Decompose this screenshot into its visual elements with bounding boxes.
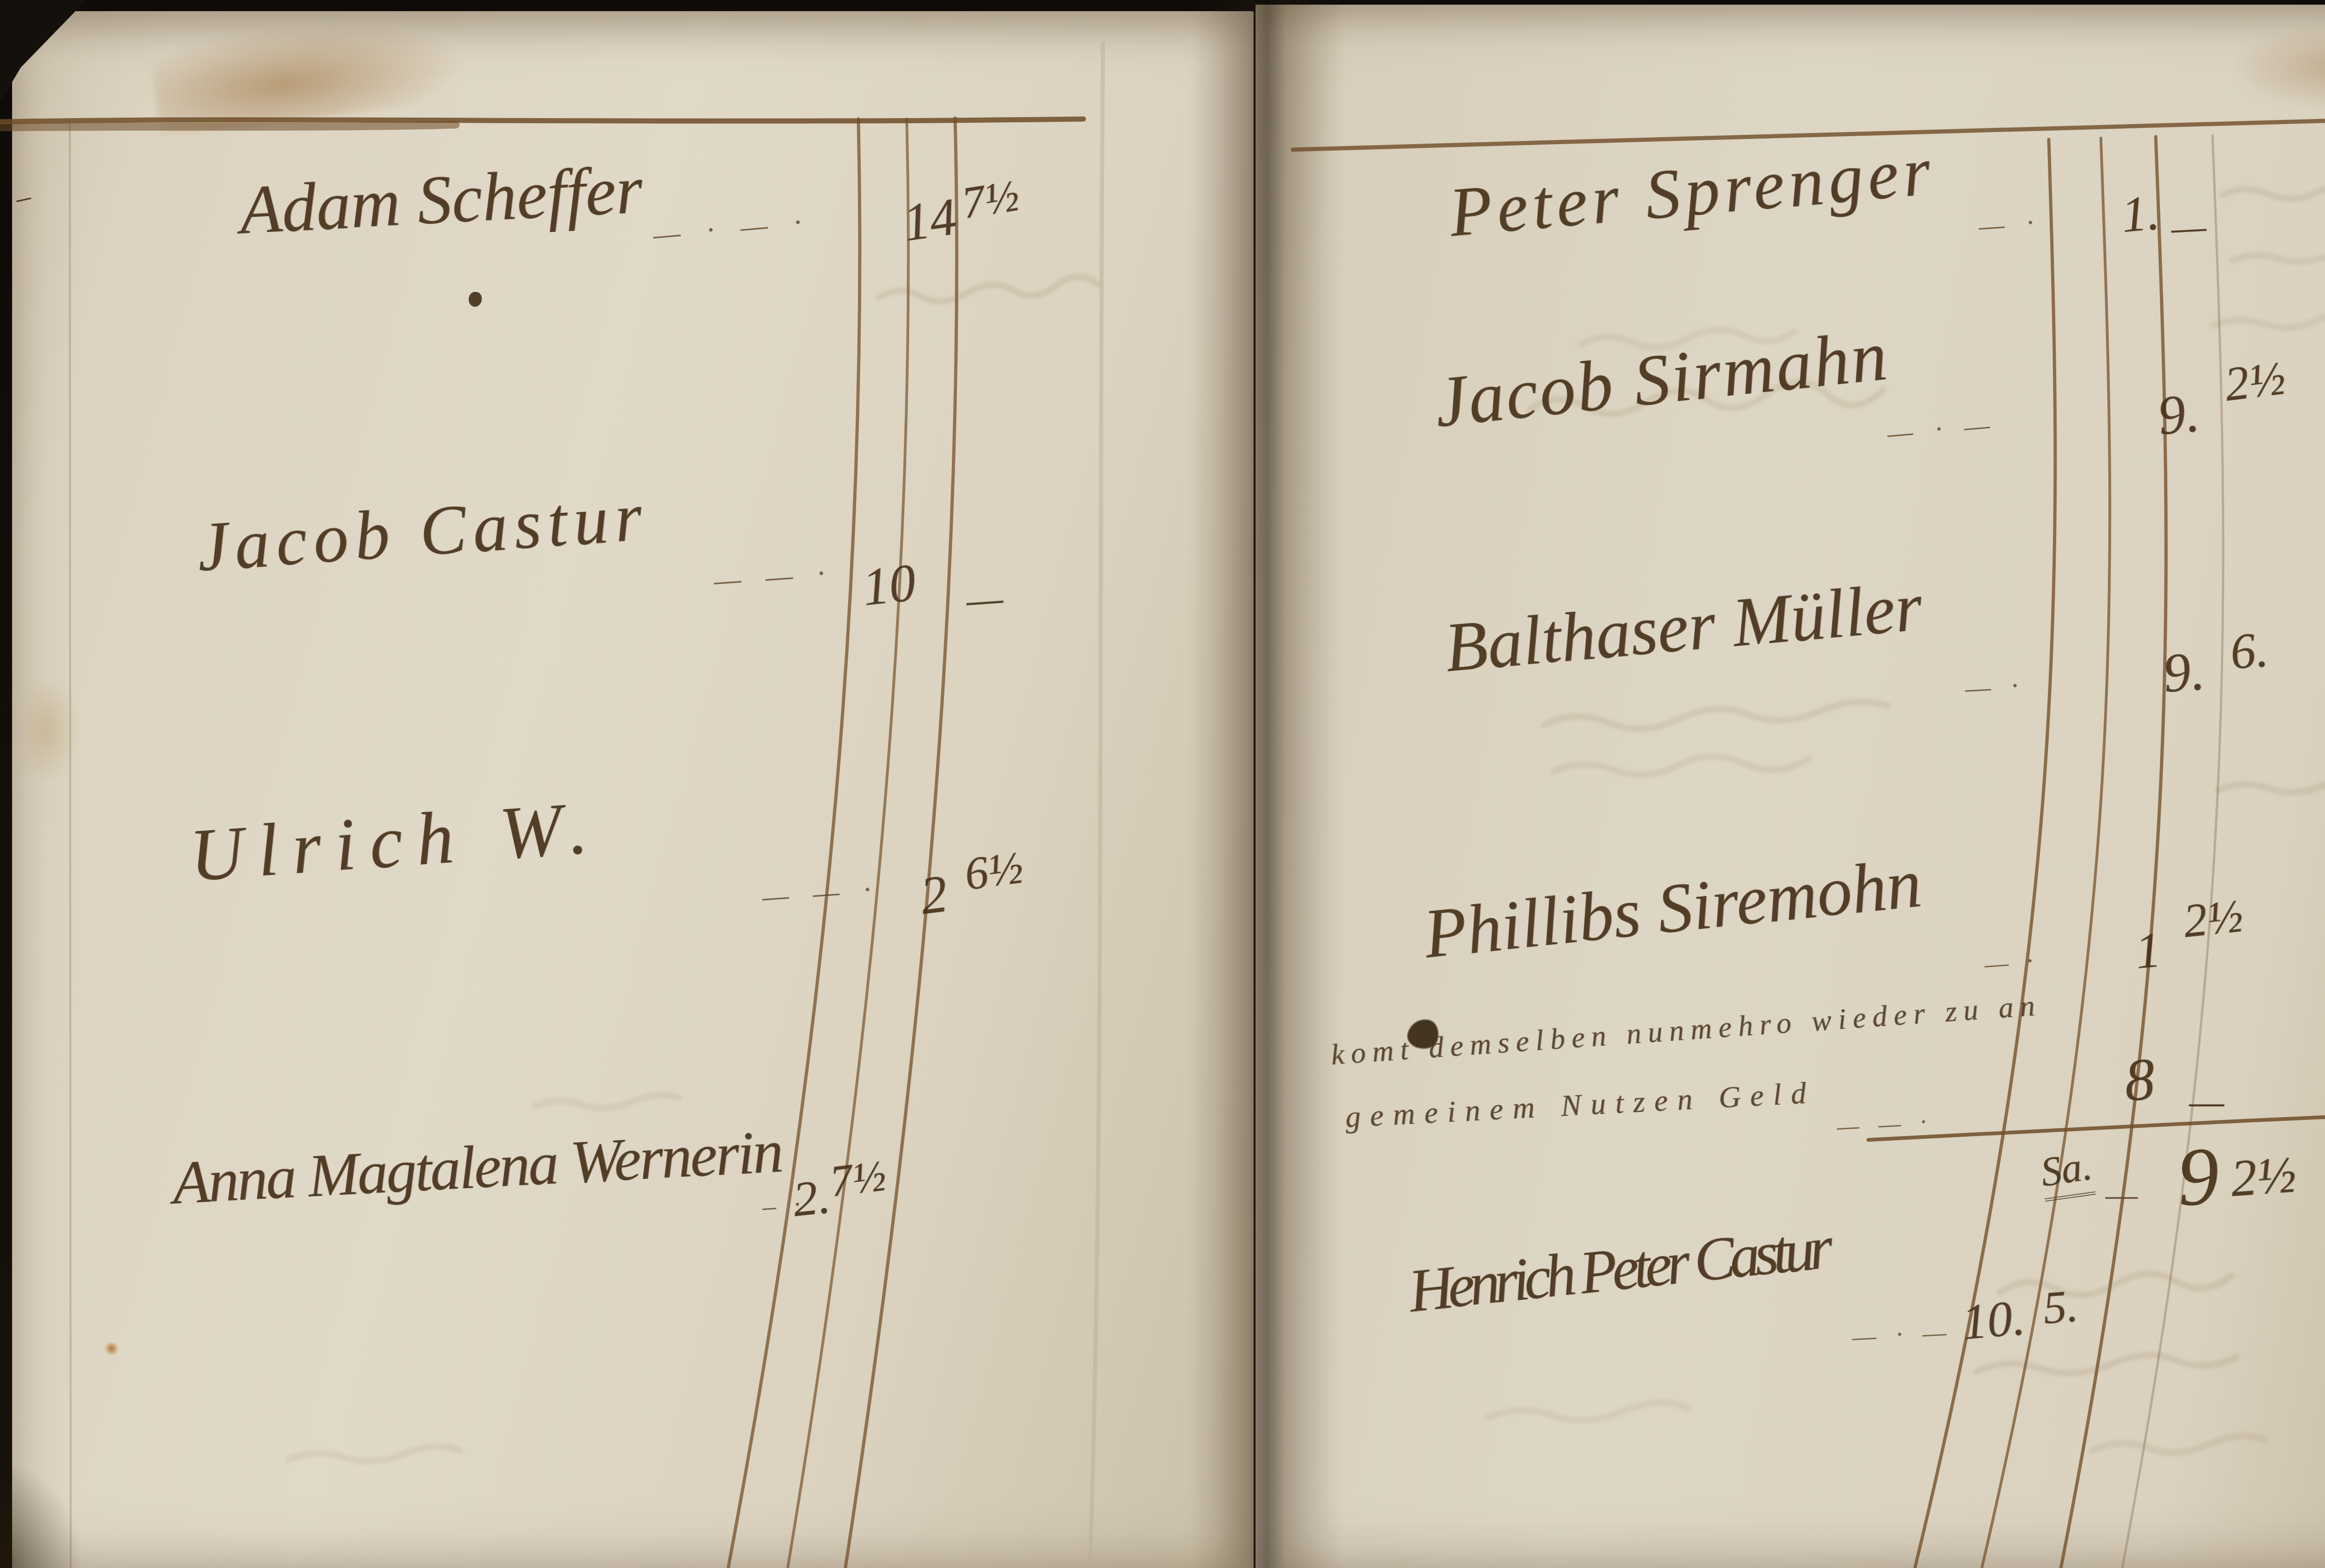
note-ruled-dashes: — — · <box>1836 1107 1933 1141</box>
sum-label: Sa. <box>2038 1143 2096 1202</box>
entry-amount-col1: 9. <box>2160 639 2207 706</box>
sum-dash: — <box>2106 1173 2138 1215</box>
entry-amount-col2: 6. <box>2228 621 2270 681</box>
entry-amount-col2: — <box>2170 204 2207 251</box>
entry-amount-col1: 1 <box>2133 921 2163 981</box>
entry-ruled-dashes: — · — <box>1851 1316 1953 1352</box>
entry-amount-col1: 9. <box>2155 381 2202 448</box>
entry-amount-col2: 7½ <box>827 1149 889 1207</box>
ledger-page-right <box>1255 5 2325 1568</box>
entry-amount-col1: 10. <box>1960 1289 2027 1352</box>
note-amount-col1: 8 <box>2122 1044 2157 1116</box>
entry-amount-col1: 14 <box>899 185 960 254</box>
entry-amount-col1: 2. <box>790 1168 833 1228</box>
entry-amount-col2: 5. <box>2041 1279 2080 1335</box>
sum-total-col1: 9 <box>2175 1128 2221 1225</box>
note-amount-col2: — <box>2189 1079 2224 1125</box>
entry-amount-col1: 1. <box>2119 184 2161 245</box>
sum-total-col2: 2½ <box>2229 1145 2298 1209</box>
entry-amount-col2: 7½ <box>958 169 1023 230</box>
ledger-page-left <box>12 11 1254 1568</box>
gutter-fold-shadow <box>1190 0 1344 1568</box>
entry-amount-col2: 6½ <box>962 840 1026 900</box>
scanned-ledger-spread: { "document": { "kind": "Handwritten acc… <box>0 0 2325 1568</box>
entry-ruled-dashes: — · <box>1978 206 2042 243</box>
entry-amount-col2: 2½ <box>2221 350 2288 412</box>
entry-amount-col1: 10 <box>859 552 918 618</box>
entry-amount-col2: 2½ <box>2181 888 2245 949</box>
entry-amount-col2: — <box>965 575 1004 624</box>
entry-ruled-dashes: — · <box>1964 669 2026 705</box>
entry-ruled-dashes: — · <box>1983 945 2039 979</box>
